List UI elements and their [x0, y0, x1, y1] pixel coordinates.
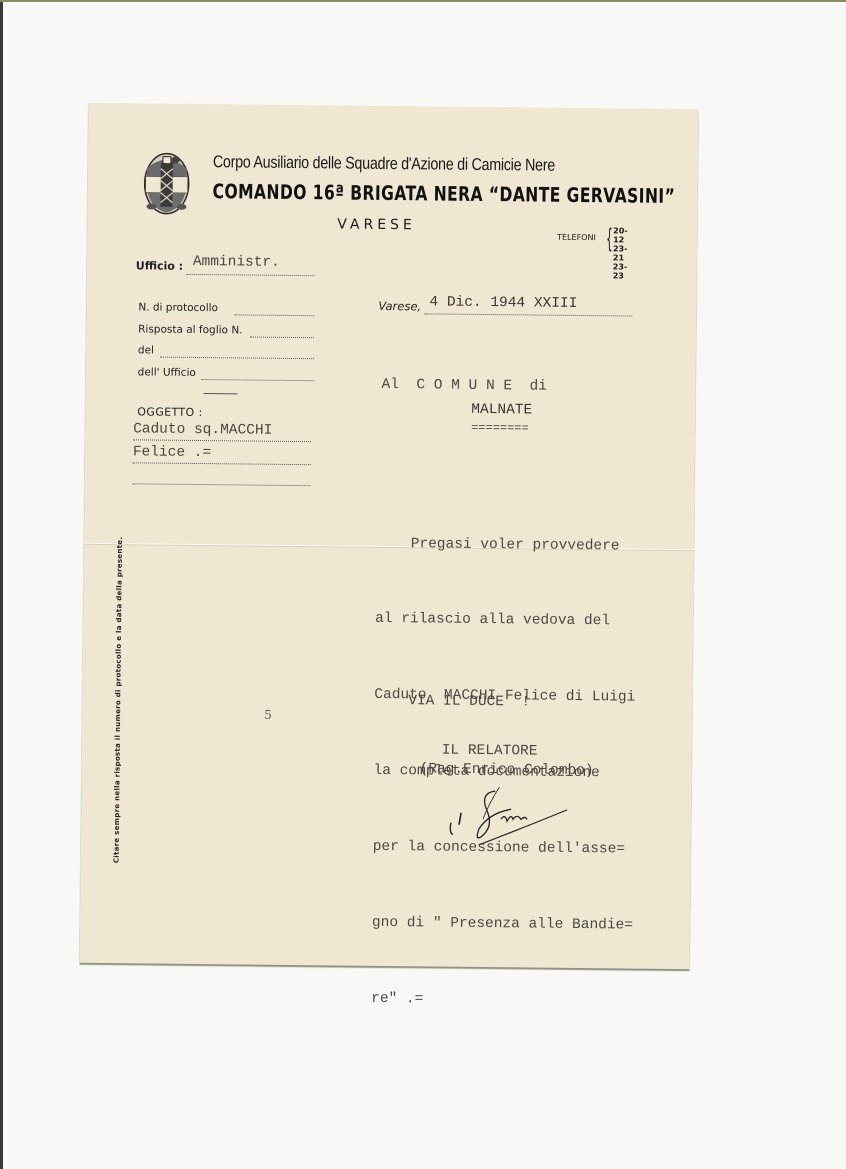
oggetto-dotline-3: [133, 483, 311, 486]
oggetto-label: OGGETTO :: [137, 405, 203, 419]
organization-name: Corpo Ausiliario delle Squadre d'Azione …: [213, 152, 555, 176]
risposta-dotline: [250, 337, 314, 339]
margin-note: Citare sempre nella risposta il numero d…: [113, 537, 124, 864]
recipient-city: MALNATE: [471, 402, 532, 419]
body-line: re" .=: [371, 987, 632, 1015]
ufficio-label: Ufficio :: [136, 259, 183, 272]
del-dotline: [160, 357, 314, 360]
protocollo-dotline: [234, 314, 314, 316]
fasces-emblem-icon: [141, 150, 192, 219]
pencil-mark: 5: [264, 708, 272, 722]
salute: VIA IL DUCE !: [408, 693, 530, 710]
body-line: Pregasi voler provvedere: [376, 531, 637, 559]
phone-numbers: 20-12 23-21 23-23: [613, 226, 628, 280]
brace-icon: {: [606, 226, 613, 252]
oggetto-dotline-1: [133, 439, 311, 442]
signature-icon: [439, 783, 580, 854]
scan-edge-top: [0, 0, 846, 2]
scan-edge: [0, 0, 3, 1169]
recipient-line-1: Al C O M U N E di: [381, 377, 546, 395]
dell-ufficio-dotline: [202, 379, 314, 381]
date-dotline: [424, 313, 632, 316]
protocollo-label: N. di protocollo: [138, 301, 218, 314]
place-label: Varese,: [378, 299, 421, 313]
phone-number: 20-12: [613, 226, 628, 244]
phones-label: TELEFONI: [557, 233, 596, 242]
ufficio-dotline: [187, 274, 315, 276]
oggetto-line-1: Caduto sq.MACCHI: [133, 421, 272, 438]
risposta-label: Risposta al foglio N.: [138, 323, 243, 336]
del-label: del: [138, 344, 154, 356]
date-value: 4 Dic. 1944 XXIII: [429, 294, 577, 312]
oggetto-line-2: Felice .=: [133, 444, 211, 461]
relatore-name: (Rag.Enrico Colombo): [419, 761, 593, 779]
relatore-title: IL RELATORE: [442, 743, 538, 760]
oggetto-dotline-2: [133, 462, 311, 465]
body-line: al rilascio alla vedova del: [375, 607, 636, 635]
body-line: gno di " Presenza alle Bandie=: [372, 911, 633, 939]
command-name: COMANDO 16ª BRIGATA NERA “DANTE GERVASIN…: [212, 179, 675, 208]
dell-ufficio-label: dell' Ufficio: [138, 366, 196, 379]
ufficio-value: Amministr.: [193, 254, 280, 271]
short-rule: [203, 393, 237, 394]
letter-paper: Corpo Ausiliario delle Squadre d'Azione …: [80, 103, 699, 969]
phone-number: 23-21: [613, 244, 628, 262]
phone-number: 23-23: [613, 262, 628, 280]
city-name: VARESE: [337, 216, 416, 233]
recipient-underline: ========: [471, 421, 529, 436]
